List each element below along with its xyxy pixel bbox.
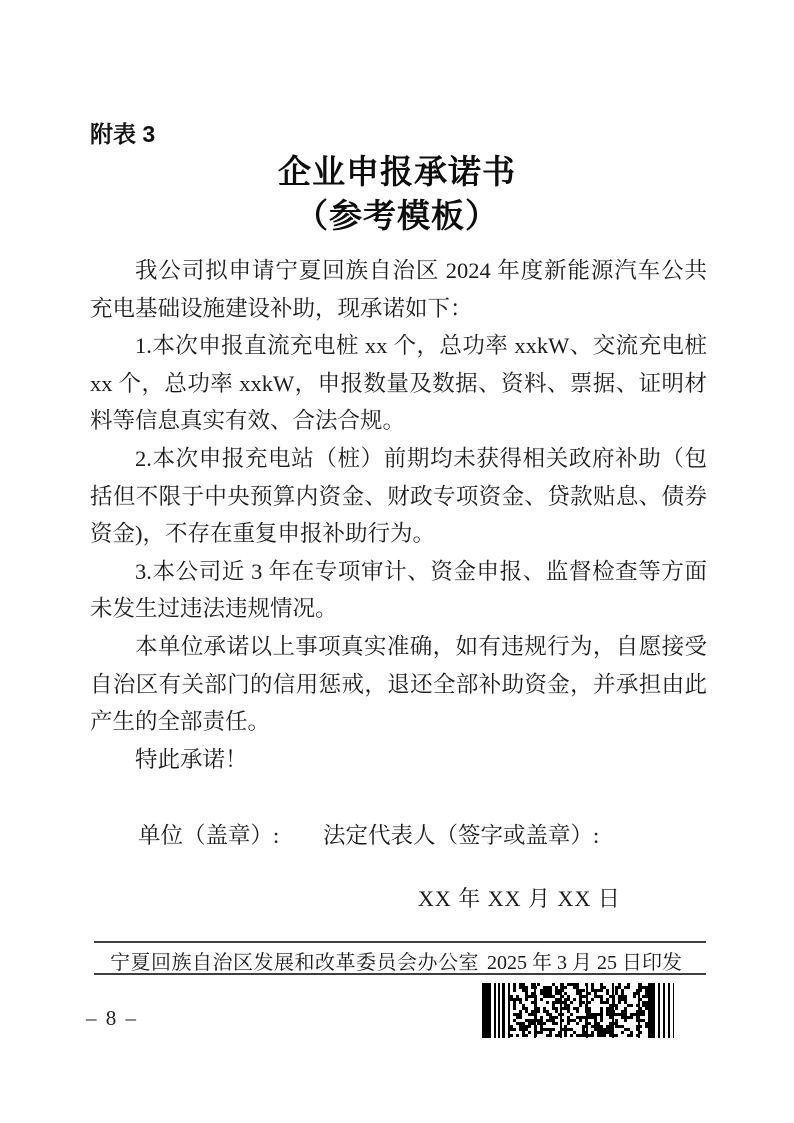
unit-seal-label: 单位（盖章）: [138,818,279,850]
commitment-item-3: 3.本公司近 3 年在专项审计、资金申报、监督检查等方面未发生过违法违规情况。 [90,553,707,628]
legal-representative-label: 法定代表人（签字或盖章）: [323,818,599,850]
page-title: 企业申报承诺书 [0,146,794,193]
page-subtitle: （参考模板） [0,190,794,237]
footer-rule-top [94,941,706,943]
document-body: 我公司拟申请宁夏回族自治区 2024 年度新能源汽车公共充电基础设施建设补助，现… [90,252,707,778]
page-number: – 8 – [86,1006,138,1031]
intro-paragraph: 我公司拟申请宁夏回族自治区 2024 年度新能源汽车公共充电基础设施建设补助，现… [90,252,707,327]
document-page: 附表 3 企业申报承诺书 （参考模板） 我公司拟申请宁夏回族自治区 2024 年… [0,0,794,1123]
commitment-item-2: 2.本次申报充电站（桩）前期均未获得相关政府补助（包括但不限于中央预算内资金、财… [90,440,707,553]
barcode-image [482,983,678,1038]
print-date-label: 2025 年 3 月 25 日印发 [487,946,682,975]
commitment-item-1: 1.本次申报直流充电桩 xx 个，总功率 xxkW、交流充电桩 xx 个，总功率… [90,327,707,440]
appendix-label: 附表 3 [90,116,155,149]
liability-paragraph: 本单位承诺以上事项真实准确，如有违规行为，自愿接受自治区有关部门的信用惩戒，退还… [90,628,707,741]
date-placeholder: XX 年 XX 月 XX 日 [418,882,621,913]
issuer-office-label: 宁夏回族自治区发展和改革委员会办公室 [110,946,479,975]
footer-rule-bottom [94,973,706,975]
closing-statement: 特此承诺！ [90,741,707,779]
